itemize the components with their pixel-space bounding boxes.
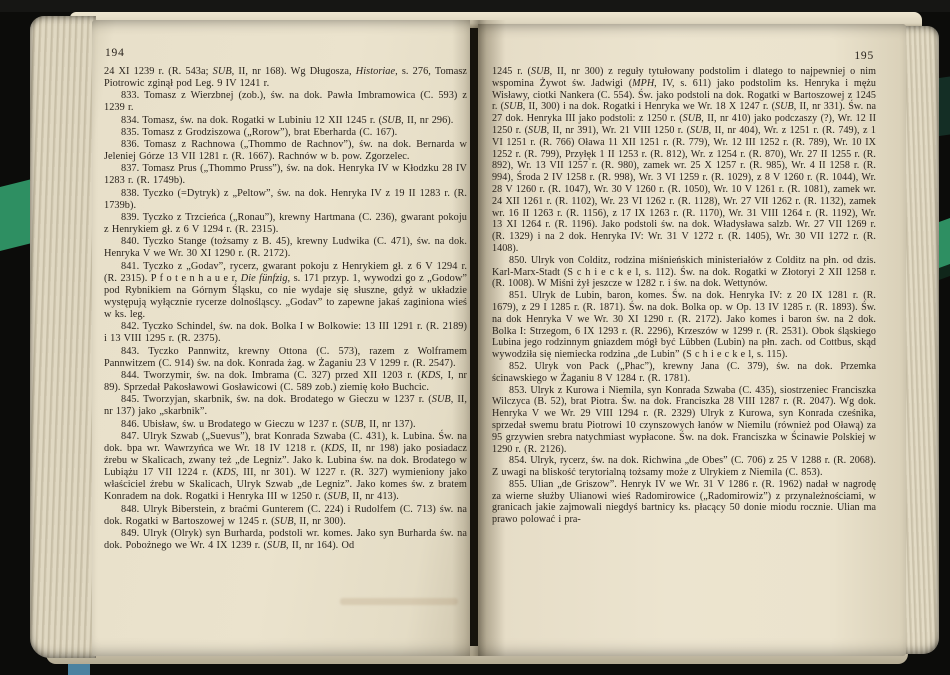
page-number-left: 194: [105, 47, 125, 59]
entry-paragraph: 838. Tyczko (=Dytryk) z „Peltow”, św. na…: [104, 188, 467, 212]
entry-paragraph: 844. Tworzymir, św. na dok. Imbrama (C. …: [104, 370, 467, 394]
entry-paragraph: 1245 r. (SUB, II, nr 300) z reguły tytuł…: [492, 66, 876, 255]
entry-paragraph: 849. Ulryk (Olryk) syn Burharda, podstol…: [104, 528, 467, 552]
entry-paragraph: 845. Tworzyjan, skarbnik, św. na dok. Br…: [104, 394, 467, 418]
entry-paragraph: 854. Ulryk, rycerz, św. na dok. Richwina…: [492, 455, 876, 479]
left-page-edge-stack: [30, 16, 96, 658]
entry-paragraph: 842. Tyczko Schindel, św. na dok. Bolka …: [104, 321, 467, 345]
entry-paragraph: 846. Ubisław, św. u Brodatego w Gieczu w…: [104, 419, 467, 431]
ink-showthrough-smudge: [340, 598, 458, 605]
page-left-text-column: 24 XI 1239 r. (R. 543a; SUB, II, nr 168)…: [104, 66, 467, 552]
background-top-shade: [0, 0, 950, 12]
entry-paragraph: 852. Ulryk von Pack („Phac”), krewny Jan…: [492, 361, 876, 385]
page-number-right: 195: [854, 50, 874, 62]
entry-paragraph: 833. Tomasz z Wierzbnej (zob.), św. na d…: [104, 90, 467, 114]
page-right: 195 1245 r. (SUB, II, nr 300) z reguły t…: [478, 24, 906, 656]
entry-paragraph: 837. Tomasz Prus („Thommo Pruss”), św. n…: [104, 163, 467, 187]
book-photo-scene: 194 24 XI 1239 r. (R. 543a; SUB, II, nr …: [0, 0, 950, 675]
page-right-text-column: 1245 r. (SUB, II, nr 300) z reguły tytuł…: [492, 66, 876, 526]
entry-paragraph: 855. Ulian „de Griszow”. Henryk IV we Wr…: [492, 479, 876, 526]
entry-paragraph: 841. Tyczko z „Godav”, rycerz, gwarant p…: [104, 261, 467, 322]
entry-paragraph: 24 XI 1239 r. (R. 543a; SUB, II, nr 168)…: [104, 66, 467, 90]
entry-paragraph: 840. Tyczko Stange (tożsamy z B. 45), kr…: [104, 236, 467, 260]
entry-paragraph: 839. Tyczko z Trzcieńca („Ronau”), krewn…: [104, 212, 467, 236]
entry-paragraph: 851. Ulryk de Lubin, baron, komes. Św. n…: [492, 290, 876, 361]
entry-paragraph: 835. Tomasz z Grodziszowa („Rorow”), bra…: [104, 127, 467, 139]
entry-paragraph: 850. Ulryk von Colditz, rodzina miśnieńs…: [492, 255, 876, 290]
entry-paragraph: 848. Ulryk Biberstein, z braćmi Gunterem…: [104, 504, 467, 528]
entry-paragraph: 836. Tomasz z Rachnowa („Thommo de Rachn…: [104, 139, 467, 163]
entry-paragraph: 847. Ulryk Szwab („Suevus”), brat Konrad…: [104, 431, 467, 504]
entry-paragraph: 834. Tomasz, św. na dok. Rogatki w Lubin…: [104, 115, 467, 127]
entry-paragraph: 843. Tyczko Pannwitz, krewny Ottona (C. …: [104, 346, 467, 370]
entry-paragraph: 853. Ulryk z Kurowa i Niemila, syn Konra…: [492, 385, 876, 456]
page-left: 194 24 XI 1239 r. (R. 543a; SUB, II, nr …: [92, 20, 470, 656]
right-page-edge-stack: [903, 26, 939, 654]
